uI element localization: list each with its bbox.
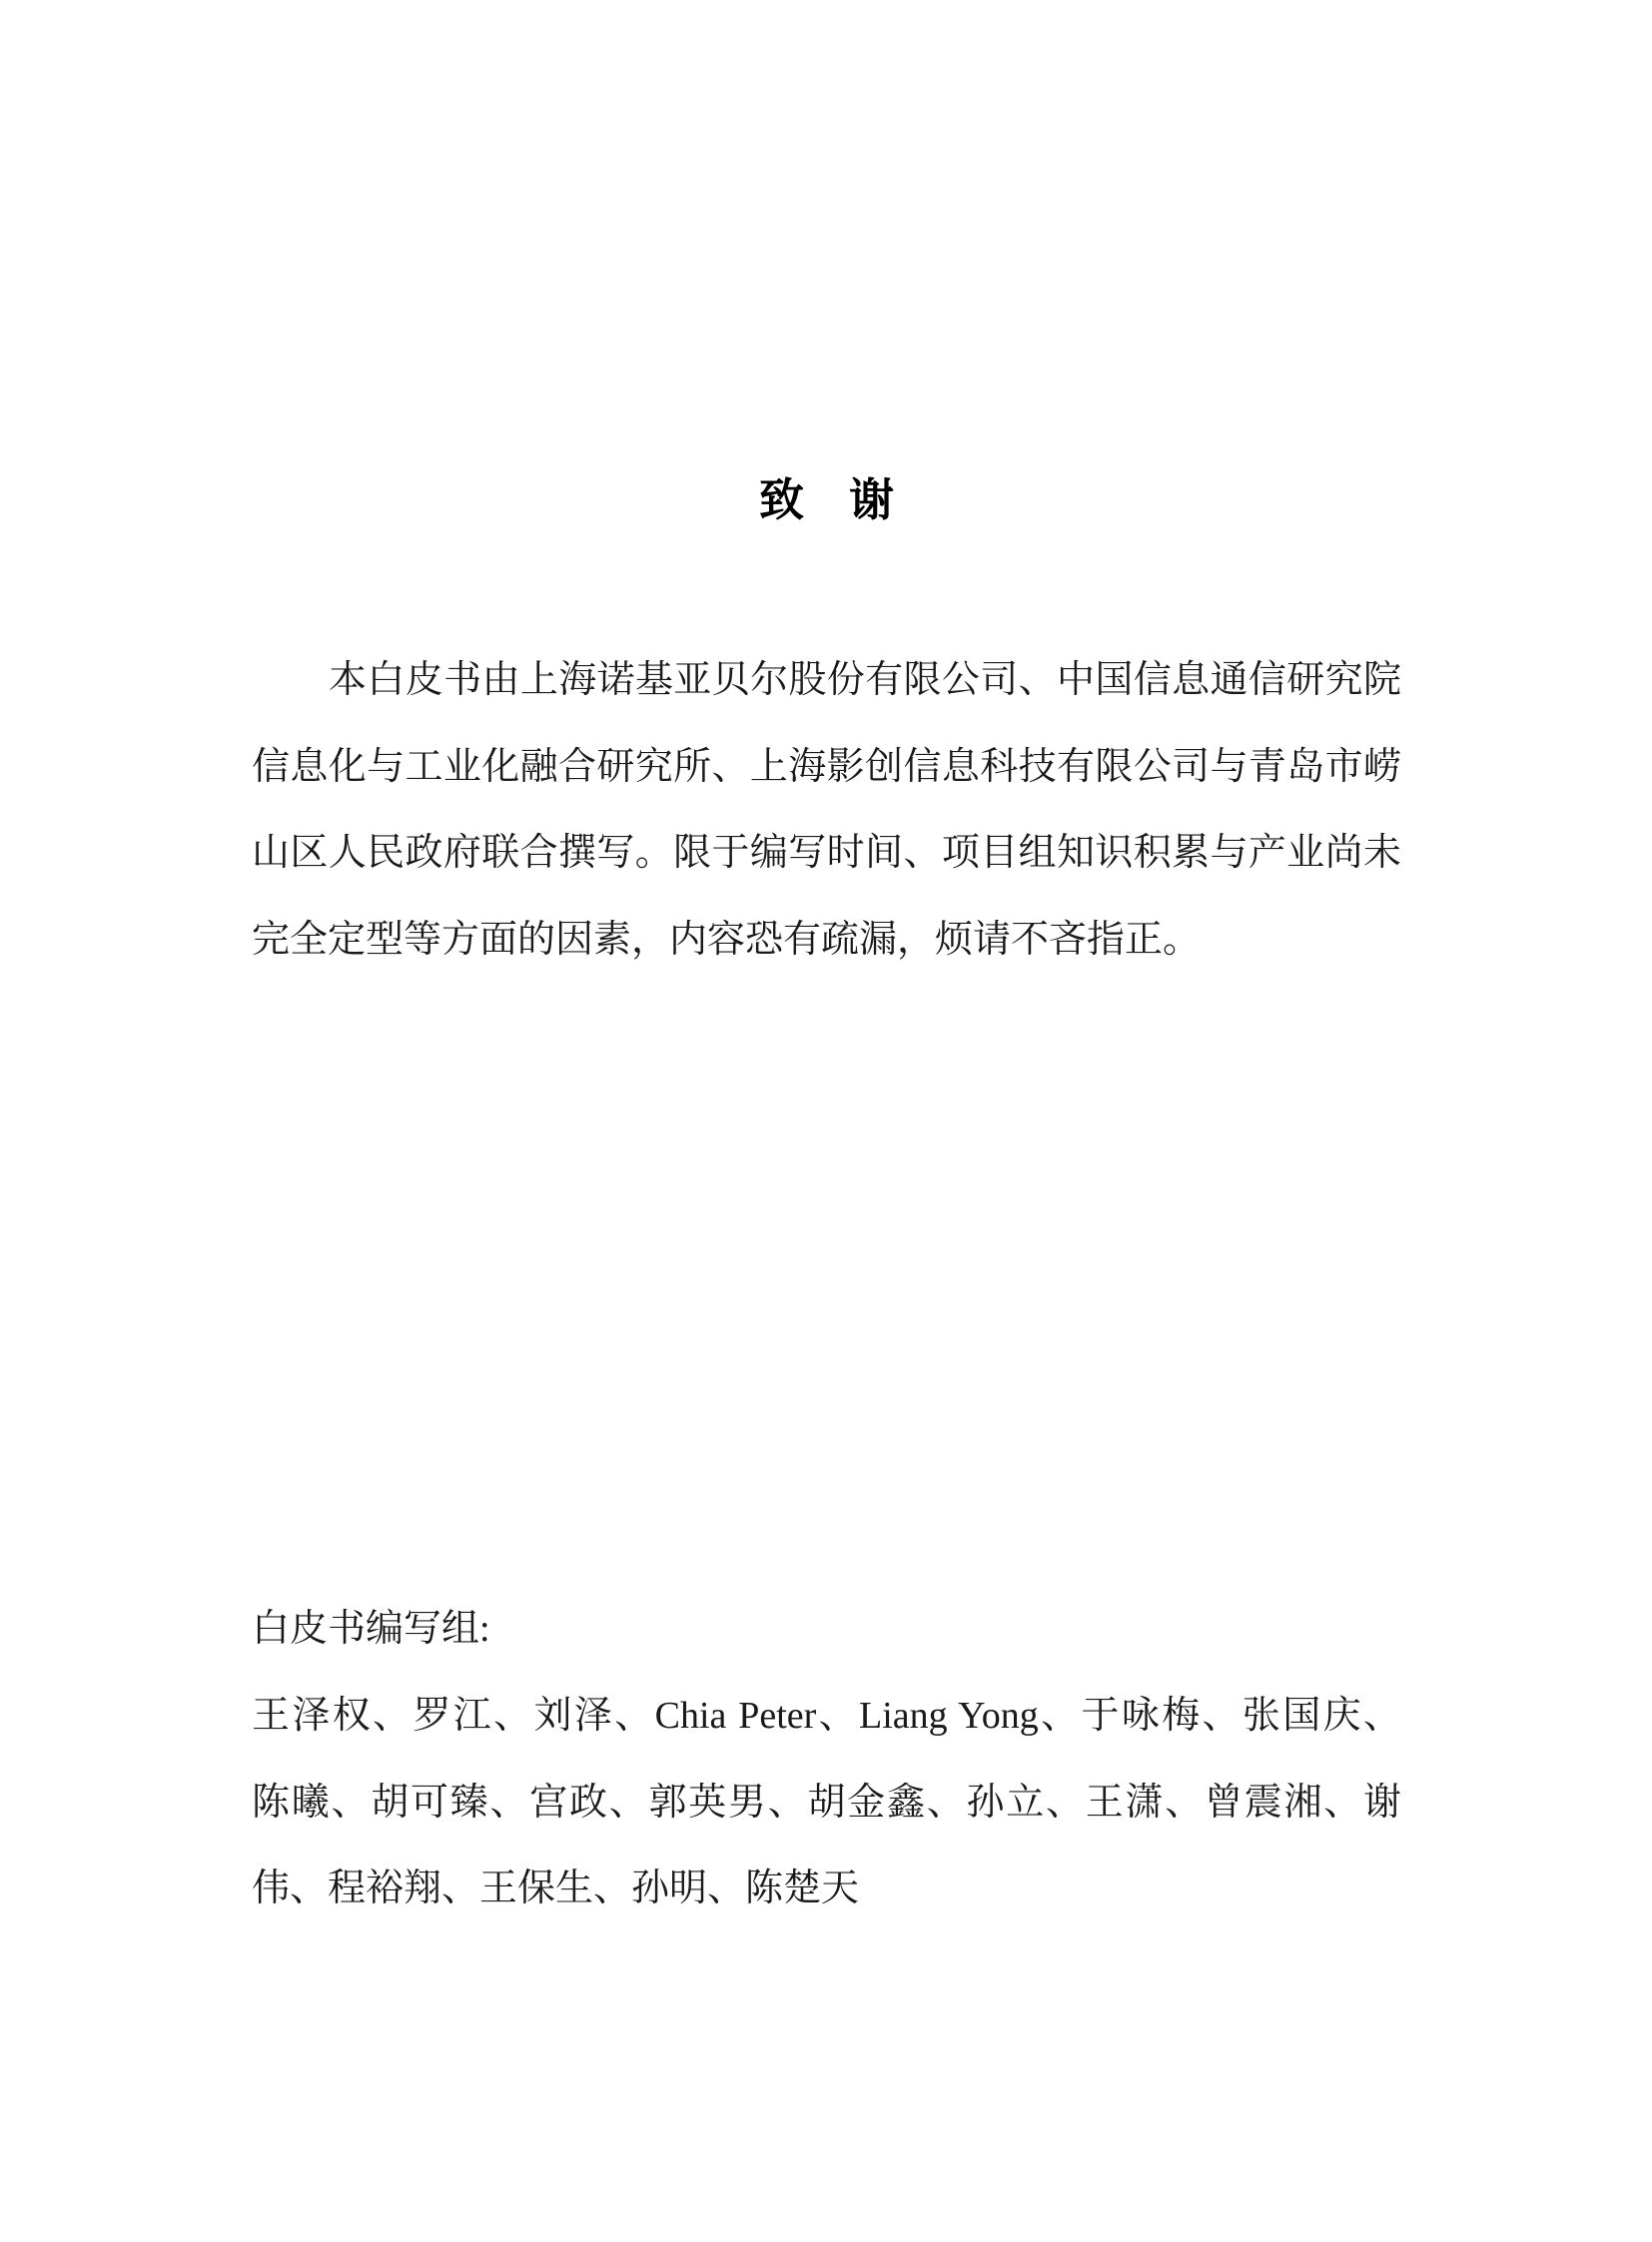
paragraph-line: 信息化与工业化融合研究所、上海影创信息科技有限公司与青岛市崂	[252, 724, 1401, 811]
writing-group-names: 王泽权、罗江、刘泽、Chia Peter、Liang Yong、于咏梅、张国庆、…	[252, 1673, 1401, 1932]
names-line: 陈曦、胡可臻、宫政、郭英男、胡金鑫、孙立、王潇、曾震湘、谢	[252, 1760, 1401, 1847]
paragraph-line: 完全定型等方面的因素，内容恐有疏漏，烦请不吝指正。	[252, 897, 1401, 984]
writing-group-label: 白皮书编写组:	[252, 1586, 1401, 1673]
paragraph-line: 山区人民政府联合撰写。限于编写时间、项目组知识积累与产业尚未	[252, 810, 1401, 897]
acknowledgment-paragraph: 本白皮书由上海诺基亚贝尔股份有限公司、中国信息通信研究院 信息化与工业化融合研究…	[252, 637, 1401, 983]
paragraph-line: 本白皮书由上海诺基亚贝尔股份有限公司、中国信息通信研究院	[252, 637, 1401, 724]
names-line: 王泽权、罗江、刘泽、Chia Peter、Liang Yong、于咏梅、张国庆、	[252, 1673, 1401, 1760]
names-line: 伟、程裕翔、王保生、孙明、陈楚天	[252, 1846, 1401, 1932]
acknowledgments-title: 致 谢	[252, 472, 1401, 528]
document-page: 致 谢 本白皮书由上海诺基亚贝尔股份有限公司、中国信息通信研究院 信息化与工业化…	[0, 0, 1652, 2242]
